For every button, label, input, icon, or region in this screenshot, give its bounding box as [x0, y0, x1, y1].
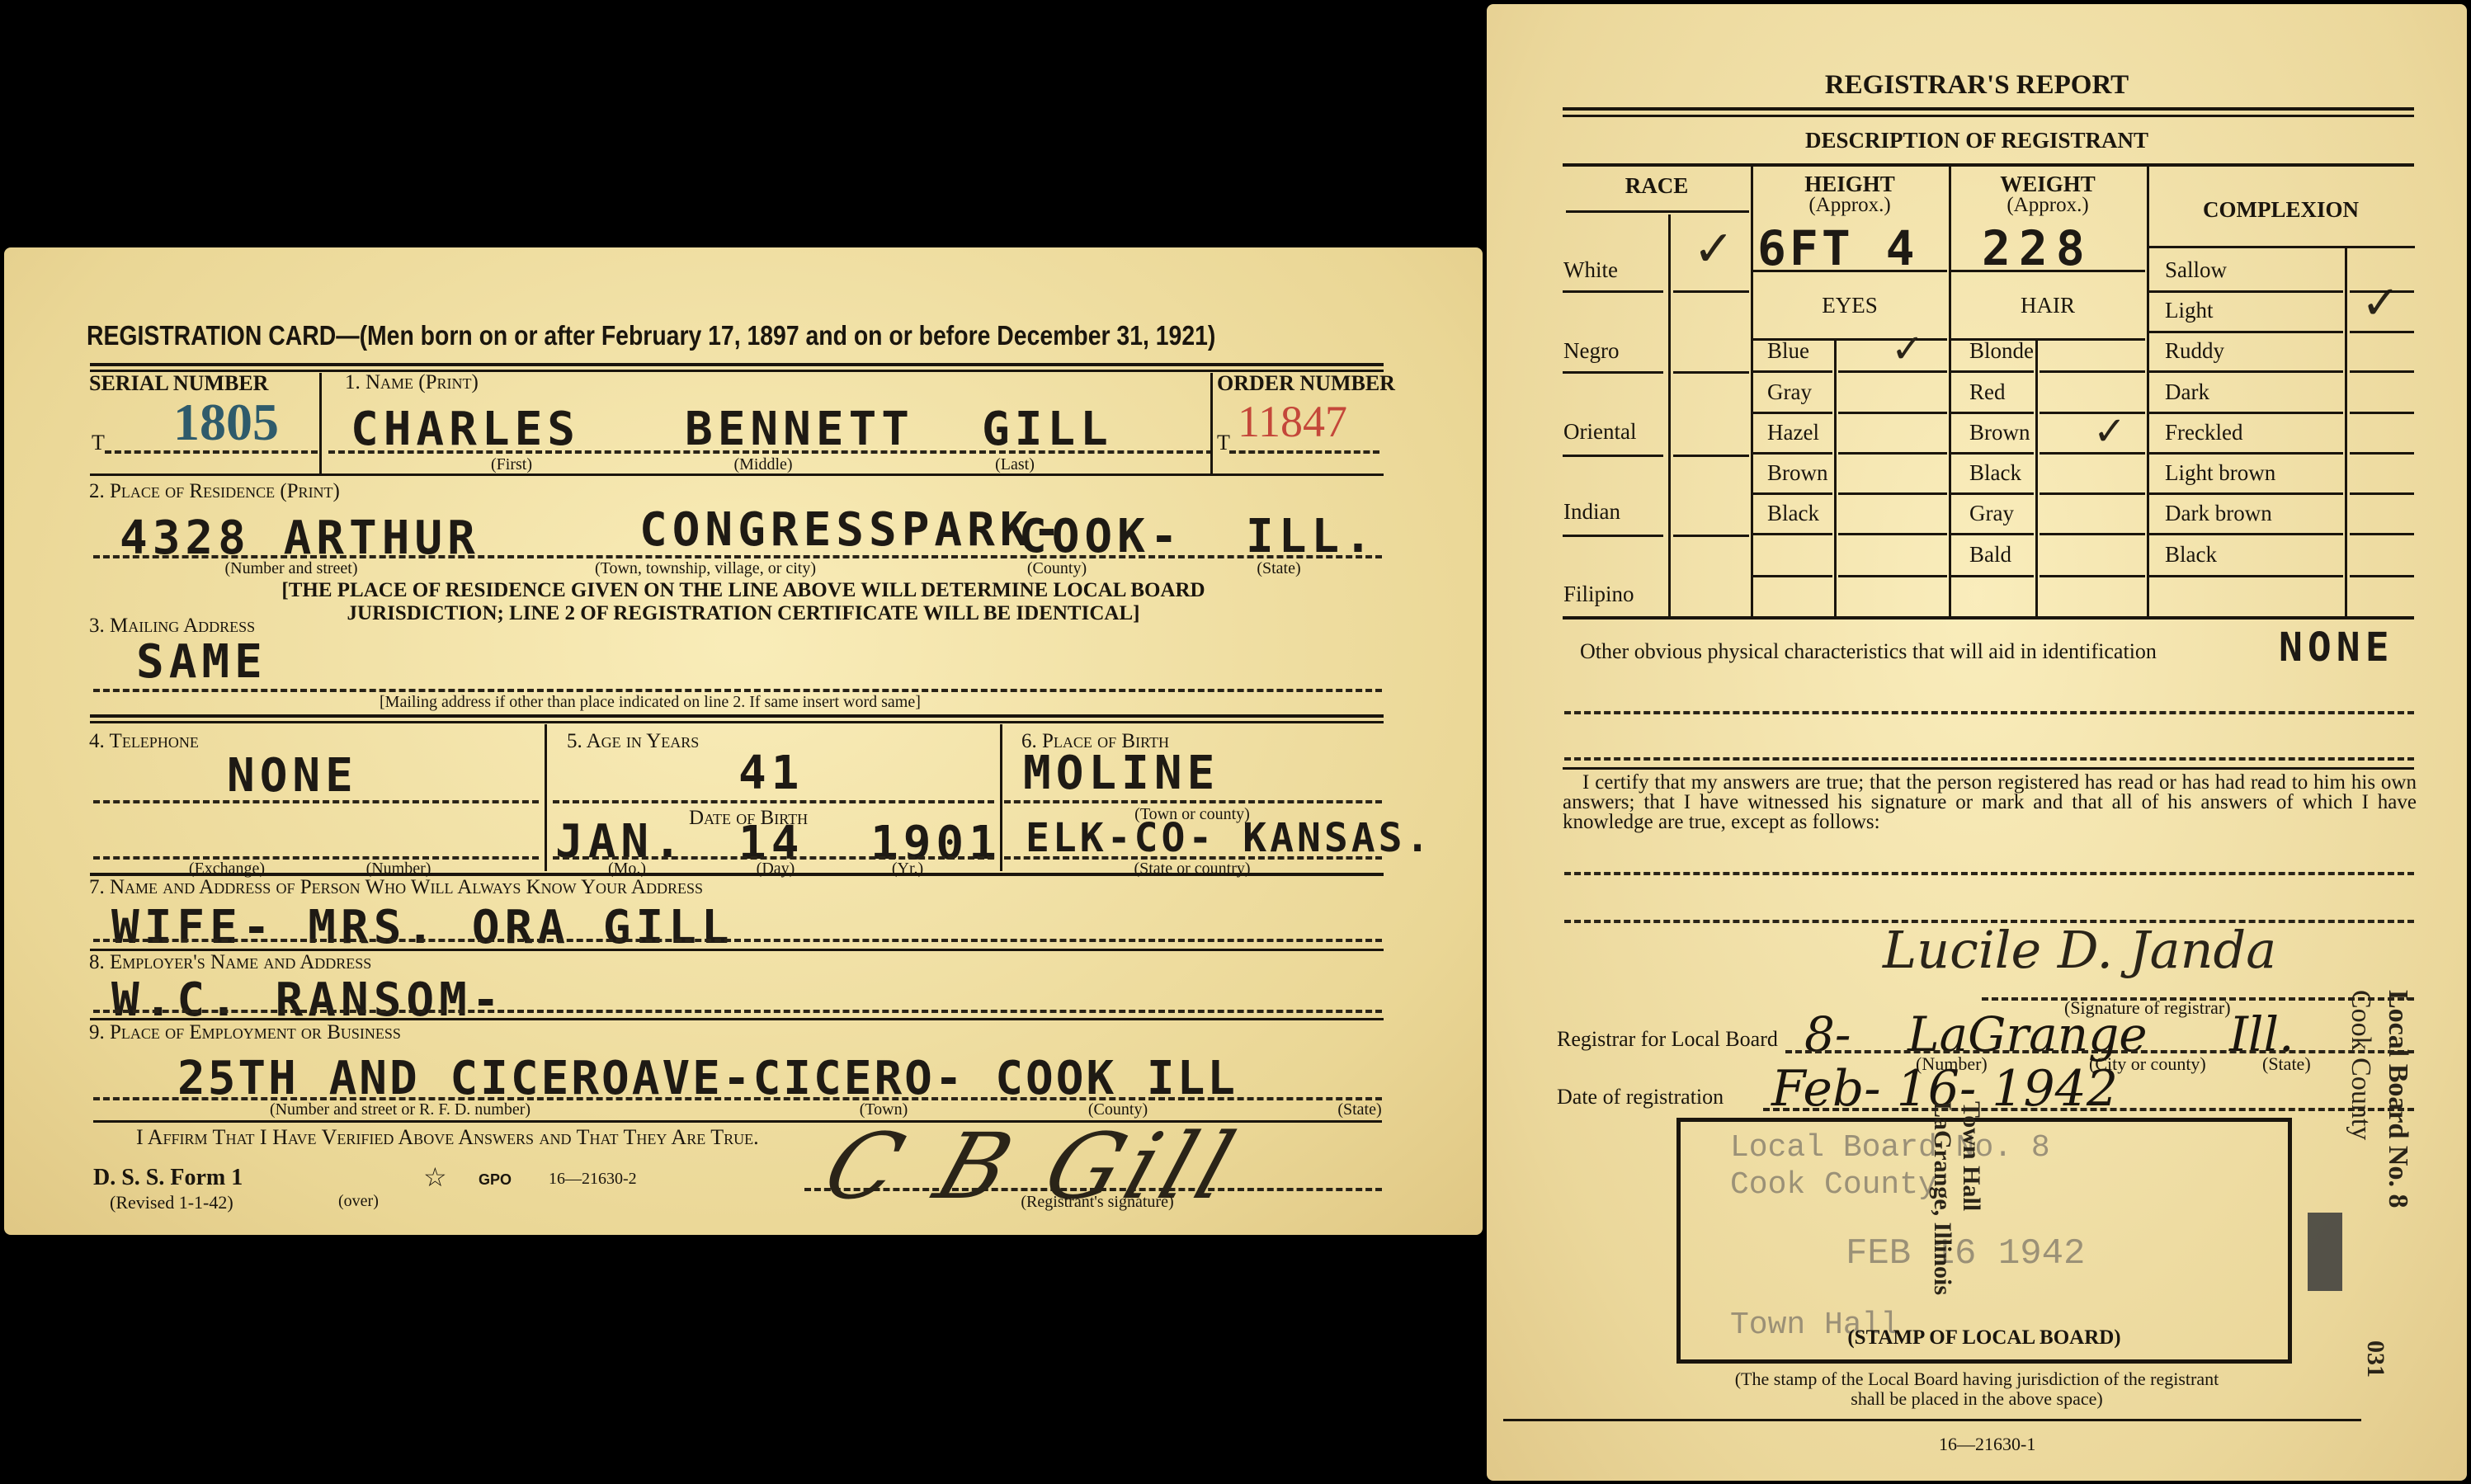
- complexion-dark: Dark: [2165, 379, 2209, 405]
- middle-caption: (Middle): [733, 455, 792, 474]
- complexion-dark-brown: Dark brown: [2165, 501, 2272, 526]
- divider: [1753, 370, 1832, 373]
- contact-value: Wife- Mrs. Ora Gill: [111, 901, 734, 954]
- divider: [1751, 167, 1753, 616]
- divider: [1503, 1419, 2361, 1421]
- divider: [1951, 533, 2034, 535]
- last-caption: (Last): [995, 455, 1035, 474]
- local-board-number: 8-: [1804, 1006, 1851, 1062]
- hair-black: Black: [1969, 460, 2021, 486]
- complexion-sallow: Sallow: [2165, 257, 2227, 283]
- serial-line: [105, 450, 318, 454]
- divider: [1838, 575, 1947, 577]
- complexion-light: Light: [2165, 298, 2214, 323]
- hair-red: Red: [1969, 379, 2006, 405]
- stamp-vertical-3: Local Board No. 8: [2382, 990, 2413, 1208]
- divider: [545, 724, 547, 871]
- signature-line: [804, 1188, 1382, 1191]
- complexion-freckled: Freckled: [2165, 420, 2242, 445]
- race-negro: Negro: [1563, 338, 1619, 364]
- divider: [1563, 767, 2414, 770]
- divider: [1951, 492, 2034, 495]
- divider: [2350, 412, 2414, 414]
- weight-value: 228: [1982, 220, 2093, 276]
- contact-label: 7. Name and Address of Person Who Will A…: [89, 876, 703, 899]
- divider: [1673, 290, 1749, 293]
- divider: [1753, 412, 1832, 414]
- hair-brown-check-icon: ✓: [2093, 408, 2126, 455]
- divider: [90, 473, 1384, 476]
- stamp-line1: Local Board No. 8: [1730, 1130, 2050, 1166]
- race-white: White: [1563, 257, 1618, 283]
- divider: [1563, 107, 2414, 111]
- certify-line-1: [1564, 872, 2414, 875]
- divider: [2350, 290, 2414, 293]
- emp-street-caption: (Number and street or R. F. D. number): [270, 1100, 531, 1119]
- eyes-blue-check-icon: ✓: [1891, 326, 1924, 372]
- divider: [2350, 575, 2414, 577]
- complexion-black: Black: [2165, 542, 2217, 568]
- divider: [1838, 533, 1947, 535]
- stamp-line2: Cook County: [1730, 1167, 1937, 1203]
- divider: [1563, 535, 1663, 537]
- age-line: [553, 800, 994, 803]
- mailing-caption: [Mailing address if other than place ind…: [380, 693, 921, 712]
- name-middle: Bennett: [685, 403, 914, 456]
- form-over: (over): [338, 1192, 379, 1211]
- race-indian: Indian: [1563, 499, 1620, 525]
- divider: [1838, 370, 1947, 373]
- residence-label: 2. Place of Residence (Print): [89, 480, 340, 503]
- birthplace-state: Elk-co- Kansas.: [1026, 815, 1432, 861]
- divider: [1753, 452, 1832, 455]
- complexion-ruddy: Ruddy: [2165, 338, 2224, 364]
- divider: [2350, 452, 2414, 455]
- divider: [1753, 533, 1832, 535]
- registration-card-front: REGISTRATION CARD—(Men born on or after …: [4, 247, 1483, 1235]
- gpo-label: GPO: [479, 1171, 512, 1189]
- star-icon: ☆: [423, 1161, 447, 1193]
- stamp-note-line2: shall be placed in the above space): [1487, 1389, 2467, 1409]
- stamp-note: (The stamp of the Local Board having jur…: [1487, 1369, 2467, 1409]
- stamp-vertical-2: LaGrange, Illinois: [1928, 1101, 1956, 1295]
- order-number-value: 11847: [1238, 396, 1347, 447]
- age-value: 41: [738, 747, 804, 800]
- serial-prefix: T: [92, 431, 105, 455]
- form-revised: (Revised 1-1-42): [110, 1192, 233, 1213]
- divider: [2149, 412, 2343, 414]
- divider: [2149, 575, 2343, 577]
- race-header: RACE: [1563, 173, 1751, 199]
- name-label: 1. Name (Print): [345, 371, 479, 394]
- eyes-blue: Blue: [1767, 338, 1809, 364]
- first-caption: (First): [491, 455, 532, 474]
- local-board-label: Registrar for Local Board: [1557, 1027, 1778, 1052]
- divider: [2149, 246, 2415, 248]
- form-number: 16—21630-1: [1939, 1434, 2035, 1455]
- hair-gray: Gray: [1969, 501, 2014, 526]
- date-line: [1763, 1108, 2414, 1111]
- employment-place-label: 9. Place of Employment or Business: [89, 1021, 401, 1044]
- divider: [1753, 270, 1947, 272]
- description-subtitle: DESCRIPTION OF REGISTRANT: [1487, 128, 2467, 153]
- state-caption: (State): [1257, 559, 1300, 578]
- certify-statement: I certify that my answers are true; that…: [1563, 773, 2417, 832]
- registrars-report-back: REGISTRAR'S REPORT DESCRIPTION OF REGIST…: [1487, 4, 2467, 1481]
- birthplace-town-line: [1004, 800, 1382, 803]
- stamp-note-line1: (The stamp of the Local Board having jur…: [1487, 1369, 2467, 1389]
- birthplace-town: Moline: [1023, 747, 1219, 800]
- divider: [2149, 533, 2343, 535]
- divider: [1834, 341, 1837, 616]
- telephone-value: None: [227, 749, 358, 803]
- divider: [1566, 210, 1749, 213]
- divider: [1673, 535, 1749, 537]
- other-line-1: [1564, 711, 2414, 714]
- divider: [1838, 412, 1947, 414]
- mailing-value: Same: [136, 635, 267, 689]
- name-line: [328, 450, 1213, 454]
- employer-label: 8. Employer's Name and Address: [89, 951, 371, 974]
- divider: [1753, 492, 1832, 495]
- eyes-header: EYES: [1751, 293, 1949, 318]
- name-last: Gill: [982, 403, 1113, 456]
- divider: [2040, 533, 2145, 535]
- complexion-light-brown: Light brown: [2165, 460, 2275, 486]
- divider: [2040, 492, 2145, 495]
- dob-year: 1901: [870, 817, 1002, 870]
- divider: [1951, 452, 2034, 455]
- eyes-black: Black: [1767, 501, 1819, 526]
- divider: [319, 373, 322, 473]
- hair-header: HAIR: [1949, 293, 2147, 318]
- ink-blot: [2308, 1213, 2342, 1291]
- divider: [1563, 371, 1663, 374]
- divider: [90, 721, 1384, 723]
- divider: [2035, 341, 2038, 616]
- hair-bald: Bald: [1969, 542, 2011, 568]
- divider: [2040, 452, 2145, 455]
- complexion-light-check-icon: ✓: [2361, 276, 2400, 330]
- divider: [2350, 492, 2414, 495]
- affirm-statement: I Affirm That I Have Verified Above Answ…: [136, 1125, 759, 1150]
- divider: [2350, 370, 2414, 373]
- age-label: 5. Age in Years: [567, 730, 699, 753]
- stamp-vertical-1: Town Hall: [1957, 1101, 1985, 1211]
- divider: [1838, 452, 1947, 455]
- divider: [1838, 492, 1947, 495]
- mailing-label: 3. Mailing Address: [89, 615, 255, 638]
- divider: [90, 714, 1384, 718]
- report-title: REGISTRAR'S REPORT: [1487, 70, 2467, 101]
- weight-sub: (Approx.): [1949, 194, 2147, 217]
- divider: [1668, 214, 1671, 616]
- divider: [1951, 270, 2145, 272]
- divider: [1951, 575, 2034, 577]
- complexion-header: COMPLEXION: [2147, 197, 2415, 223]
- signature-caption: (Registrant's signature): [1021, 1193, 1173, 1212]
- date-label: Date of registration: [1557, 1085, 1724, 1109]
- town-caption: (Town, township, village, or city): [595, 559, 816, 578]
- divider: [1210, 373, 1213, 473]
- race-filipino: Filipino: [1563, 582, 1634, 607]
- divider: [1563, 115, 2414, 117]
- gpo-number: 16—21630-2: [549, 1170, 637, 1189]
- card-title: REGISTRATION CARD—(Men born on or after …: [87, 320, 1215, 351]
- eyes-brown: Brown: [1767, 460, 1828, 486]
- contact-line: [93, 939, 1382, 942]
- registrar-signature: Lucile D. Janda: [1883, 920, 2276, 980]
- divider: [2149, 370, 2343, 373]
- telephone-line-2: [93, 856, 539, 860]
- divider: [2149, 331, 2343, 333]
- divider: [2345, 248, 2347, 616]
- divider: [2149, 452, 2343, 455]
- divider: [2350, 533, 2414, 535]
- telephone-line: [93, 800, 539, 803]
- divider: [1949, 167, 1951, 616]
- divider: [1951, 370, 2034, 373]
- order-line: [1229, 450, 1379, 454]
- table-bottom-rule: [1563, 616, 2414, 620]
- residence-notice-line1: [THE PLACE OF RESIDENCE GIVEN ON THE LIN…: [4, 579, 1483, 602]
- divider: [2350, 331, 2414, 333]
- divider: [1563, 163, 2414, 167]
- emp-state-caption: (State): [1337, 1100, 1381, 1119]
- divider: [1563, 290, 1663, 293]
- mailing-line: [93, 689, 1382, 692]
- divider: [1753, 575, 1832, 577]
- divider: [90, 1018, 1384, 1020]
- divider: [2147, 167, 2149, 616]
- residence-town: CongressPark-: [639, 503, 1065, 557]
- height-sub: (Approx.): [1751, 194, 1949, 217]
- divider: [1951, 412, 2034, 414]
- divider: [90, 370, 1384, 372]
- order-prefix: T: [1217, 431, 1230, 455]
- stamp-caption: (STAMP OF LOCAL BOARD): [1676, 1326, 2292, 1350]
- eyes-hazel: Hazel: [1767, 420, 1819, 445]
- divider: [1673, 371, 1749, 374]
- divider: [1673, 455, 1749, 457]
- divider: [2149, 290, 2343, 293]
- stamp-vertical-4: Cook County: [2345, 990, 2376, 1140]
- residence-line: [93, 555, 1382, 558]
- street-caption: (Number and street): [224, 559, 357, 578]
- other-line-2: [1564, 757, 2414, 761]
- serial-number-value: 1805: [173, 392, 279, 453]
- race-oriental: Oriental: [1563, 419, 1636, 445]
- state-caption: (State): [2262, 1053, 2311, 1075]
- divider: [2040, 575, 2145, 577]
- name-first: Charles: [351, 403, 580, 456]
- eyes-gray: Gray: [1767, 379, 1812, 405]
- other-characteristics-label: Other obvious physical characteristics t…: [1580, 639, 2157, 664]
- divider: [2040, 370, 2145, 373]
- divider: [2040, 412, 2145, 414]
- divider: [2149, 492, 2343, 495]
- divider: [90, 363, 1384, 366]
- divider: [1563, 455, 1663, 457]
- county-caption: (County): [1027, 559, 1087, 578]
- hair-blonde: Blonde: [1969, 338, 2034, 364]
- height-value: 6FT 4: [1757, 220, 1918, 276]
- telephone-label: 4. Telephone: [89, 730, 199, 753]
- order-number-label: ORDER NUMBER: [1217, 371, 1395, 396]
- stamp-date: FEB 16 1942: [1846, 1233, 2085, 1274]
- race-white-check-icon: ✓: [1693, 220, 1734, 278]
- hair-brown: Brown: [1969, 420, 2030, 445]
- form-name: D. S. S. Form 1: [93, 1165, 243, 1191]
- other-characteristics-value: None: [2279, 624, 2394, 671]
- employer-line: [93, 1010, 1382, 1013]
